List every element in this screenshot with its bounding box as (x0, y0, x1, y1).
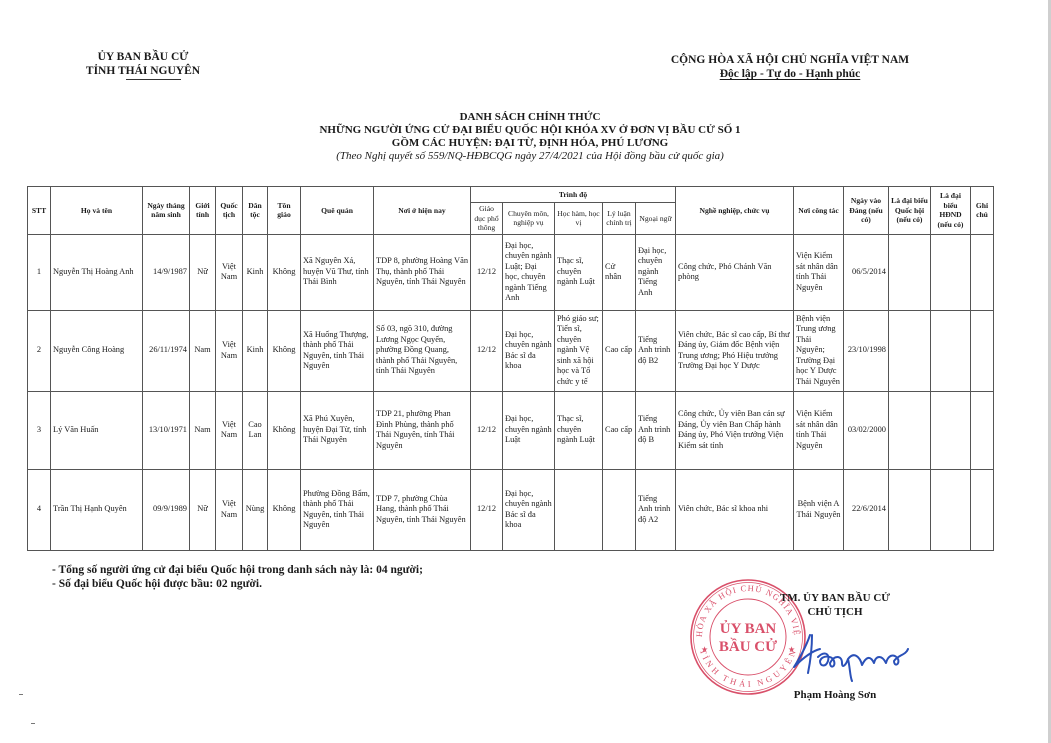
cell-specialty: Đại học, chuyên ngành Luật; Đại học, chu… (503, 234, 555, 310)
cell-workplace: Viện Kiểm sát nhân dân tỉnh Thái Nguyên (794, 391, 844, 469)
cell-na-delegate (889, 234, 931, 310)
authority-line-2: TỈNH THÁI NGUYÊN (58, 64, 228, 78)
cell-gender: Nam (190, 310, 216, 391)
col-header-political: Lý luận chính trị (603, 203, 636, 235)
col-header-occupation: Nghề nghiệp, chức vụ (676, 187, 794, 235)
cell-residence: Số 03, ngõ 310, đường Lương Ngọc Quyến, … (374, 310, 471, 391)
stamp-center-line-2: BẦU CỬ (719, 638, 777, 655)
cell-party-date: 06/5/2014 (844, 234, 889, 310)
col-header-specialty: Chuyên môn, nghiệp vụ (503, 203, 555, 235)
title-line-2: NHỮNG NGƯỜI ỨNG CỬ ĐẠI BIỂU QUỐC HỘI KHÓ… (260, 124, 800, 137)
cell-language: Tiếng Anh trình độ A2 (636, 469, 676, 550)
cell-religion: Không (268, 234, 301, 310)
cell-dob: 13/10/1971 (143, 391, 190, 469)
cell-residence: TDP 8, phường Hoàng Văn Thụ, thành phố T… (374, 234, 471, 310)
cell-stt: 3 (28, 391, 51, 469)
cell-religion: Không (268, 469, 301, 550)
cell-na-delegate (889, 391, 931, 469)
cell-political: Cao cấp (603, 310, 636, 391)
cell-hometown: Xã Phú Xuyên, huyện Đại Từ, tỉnh Thái Ng… (301, 391, 374, 469)
summary-notes: - Tổng số người ứng cử đại biểu Quốc hội… (52, 563, 423, 591)
cell-name: Trần Thị Hạnh Quyên (51, 469, 143, 550)
document-title: DANH SÁCH CHÍNH THỨC NHỮNG NGƯỜI ỨNG CỬ … (260, 111, 800, 163)
cell-academic (555, 469, 603, 550)
col-header-name: Họ và tên (51, 187, 143, 235)
handwritten-signature-icon (790, 627, 940, 682)
cell-occupation: Viên chức, Bác sĩ cao cấp, Bí thư Đảng ủ… (676, 310, 794, 391)
col-header-notes: Ghi chú (971, 187, 994, 235)
cell-residence: TDP 21, phường Phan Đình Phùng, thành ph… (374, 391, 471, 469)
scan-artifact (31, 723, 35, 724)
cell-na-delegate (889, 469, 931, 550)
signature-on-behalf: TM. ỦY BAN BẦU CỬ (760, 591, 910, 605)
col-header-residence: Nơi ở hiện nay (374, 187, 471, 235)
col-header-workplace: Nơi công tác (794, 187, 844, 235)
cell-pc-delegate (931, 469, 971, 550)
table-header-row: STT Họ và tên Ngày tháng năm sinh Giới t… (28, 187, 994, 203)
cell-dob: 09/9/1989 (143, 469, 190, 550)
stamp-center-line-1: ỦY BAN (720, 620, 777, 637)
col-header-nationality: Quốc tịch (216, 187, 243, 235)
svg-text:★: ★ (701, 645, 708, 654)
col-header-stt: STT (28, 187, 51, 235)
authority-underline (126, 79, 181, 80)
cell-gender: Nữ (190, 469, 216, 550)
cell-hometown: Xã Huống Thượng, thành phố Thái Nguyên, … (301, 310, 374, 391)
cell-dob: 14/9/1987 (143, 234, 190, 310)
col-header-hometown: Quê quán (301, 187, 374, 235)
summary-seats: - Số đại biểu Quốc hội được bầu: 02 ngườ… (52, 577, 423, 591)
signature-block: TM. ỦY BAN BẦU CỬ CHỦ TỊCH (760, 591, 910, 619)
cell-name: Nguyễn Thị Hoàng Anh (51, 234, 143, 310)
cell-stt: 4 (28, 469, 51, 550)
scan-artifact (19, 694, 23, 695)
cell-workplace: Bệnh viện Trung ương Thái Nguyên; Trường… (794, 310, 844, 391)
cell-general-edu: 12/12 (471, 469, 503, 550)
cell-specialty: Đại học, chuyên ngành Luật (503, 391, 555, 469)
cell-workplace: Bệnh viện A Thái Nguyên (794, 469, 844, 550)
cell-na-delegate (889, 310, 931, 391)
cell-political: Cao cấp (603, 391, 636, 469)
col-header-education-group: Trình độ (471, 187, 676, 203)
cell-notes (971, 310, 994, 391)
col-header-general-edu: Giáo dục phổ thông (471, 203, 503, 235)
cell-residence: TDP 7, phường Chùa Hang, thành phố Thái … (374, 469, 471, 550)
cell-general-edu: 12/12 (471, 234, 503, 310)
cell-academic: Phó giáo sư; Tiến sĩ, chuyên ngành Vệ si… (555, 310, 603, 391)
cell-ethnicity: Cao Lan (243, 391, 268, 469)
cell-notes (971, 391, 994, 469)
table-row: 4 Trần Thị Hạnh Quyên 09/9/1989 Nữ Việt … (28, 469, 994, 550)
cell-notes (971, 234, 994, 310)
cell-nationality: Việt Nam (216, 469, 243, 550)
authority-line-1: ỦY BAN BẦU CỬ (58, 50, 228, 64)
cell-nationality: Việt Nam (216, 234, 243, 310)
cell-religion: Không (268, 310, 301, 391)
title-line-3: GỒM CÁC HUYỆN: ĐẠI TỪ, ĐỊNH HÓA, PHÚ LƯƠ… (260, 137, 800, 150)
col-header-language: Ngoại ngữ (636, 203, 676, 235)
issuing-authority: ỦY BAN BẦU CỬ TỈNH THÁI NGUYÊN (58, 50, 228, 80)
title-line-1: DANH SÁCH CHÍNH THỨC (260, 111, 800, 124)
cell-language: Đại học, chuyên ngành Tiếng Anh (636, 234, 676, 310)
cell-dob: 26/11/1974 (143, 310, 190, 391)
cell-gender: Nam (190, 391, 216, 469)
cell-nationality: Việt Nam (216, 310, 243, 391)
cell-occupation: Công chức, Ủy viên Ban cán sự Đảng, Ủy v… (676, 391, 794, 469)
cell-general-edu: 12/12 (471, 391, 503, 469)
national-motto: Độc lập - Tự do - Hạnh phúc (640, 67, 940, 81)
cell-name: Nguyễn Công Hoàng (51, 310, 143, 391)
cell-ethnicity: Nùng (243, 469, 268, 550)
col-header-religion: Tôn giáo (268, 187, 301, 235)
cell-specialty: Đại học, chuyên ngành Bác sĩ đa khoa (503, 310, 555, 391)
signer-name: Phạm Hoàng Sơn (760, 689, 910, 701)
cell-stt: 1 (28, 234, 51, 310)
cell-academic: Thạc sĩ, chuyên ngành Luật (555, 234, 603, 310)
cell-academic: Thạc sĩ, chuyên ngành Luật (555, 391, 603, 469)
cell-general-edu: 12/12 (471, 310, 503, 391)
cell-language: Tiếng Anh trình độ B (636, 391, 676, 469)
cell-hometown: Xã Nguyên Xá, huyện Vũ Thư, tỉnh Thái Bì… (301, 234, 374, 310)
cell-nationality: Việt Nam (216, 391, 243, 469)
col-header-dob: Ngày tháng năm sinh (143, 187, 190, 235)
cell-pc-delegate (931, 391, 971, 469)
cell-party-date: 22/6/2014 (844, 469, 889, 550)
cell-specialty: Đại học, chuyên ngành Bác sĩ đa khoa (503, 469, 555, 550)
cell-gender: Nữ (190, 234, 216, 310)
col-header-gender: Giới tính (190, 187, 216, 235)
col-header-party-date: Ngày vào Đảng (nếu có) (844, 187, 889, 235)
signature-position: CHỦ TỊCH (760, 605, 910, 619)
table-row: 3 Lý Văn Huấn 13/10/1971 Nam Việt Nam Ca… (28, 391, 994, 469)
cell-workplace: Viện Kiểm sát nhân dân tỉnh Thái Nguyên (794, 234, 844, 310)
title-subtitle: (Theo Nghị quyết số 559/NQ-HĐBCQG ngày 2… (260, 150, 800, 163)
cell-pc-delegate (931, 310, 971, 391)
col-header-na-delegate: Là đại biểu Quốc hội (nếu có) (889, 187, 931, 235)
cell-religion: Không (268, 391, 301, 469)
cell-political (603, 469, 636, 550)
cell-political: Cử nhân (603, 234, 636, 310)
col-header-ethnicity: Dân tộc (243, 187, 268, 235)
candidates-table: STT Họ và tên Ngày tháng năm sinh Giới t… (27, 186, 994, 551)
cell-ethnicity: Kinh (243, 234, 268, 310)
summary-total-candidates: - Tổng số người ứng cử đại biểu Quốc hội… (52, 563, 423, 577)
table-row: 1 Nguyễn Thị Hoàng Anh 14/9/1987 Nữ Việt… (28, 234, 994, 310)
cell-stt: 2 (28, 310, 51, 391)
cell-occupation: Công chức, Phó Chánh Văn phòng (676, 234, 794, 310)
cell-party-date: 03/02/2000 (844, 391, 889, 469)
table-row: 2 Nguyễn Công Hoàng 26/11/1974 Nam Việt … (28, 310, 994, 391)
cell-occupation: Viên chức, Bác sĩ khoa nhi (676, 469, 794, 550)
cell-ethnicity: Kinh (243, 310, 268, 391)
cell-name: Lý Văn Huấn (51, 391, 143, 469)
col-header-pc-delegate: Là đại biểu HĐND (nếu có) (931, 187, 971, 235)
cell-hometown: Phường Đồng Bẩm, thành phố Thái Nguyên, … (301, 469, 374, 550)
cell-party-date: 23/10/1998 (844, 310, 889, 391)
national-name: CỘNG HÒA XÃ HỘI CHỦ NGHĨA VIỆT NAM (640, 53, 940, 67)
cell-pc-delegate (931, 234, 971, 310)
col-header-academic: Học hàm, học vị (555, 203, 603, 235)
cell-language: Tiếng Anh trình độ B2 (636, 310, 676, 391)
cell-notes (971, 469, 994, 550)
national-heading: CỘNG HÒA XÃ HỘI CHỦ NGHĨA VIỆT NAM Độc l… (640, 53, 940, 81)
